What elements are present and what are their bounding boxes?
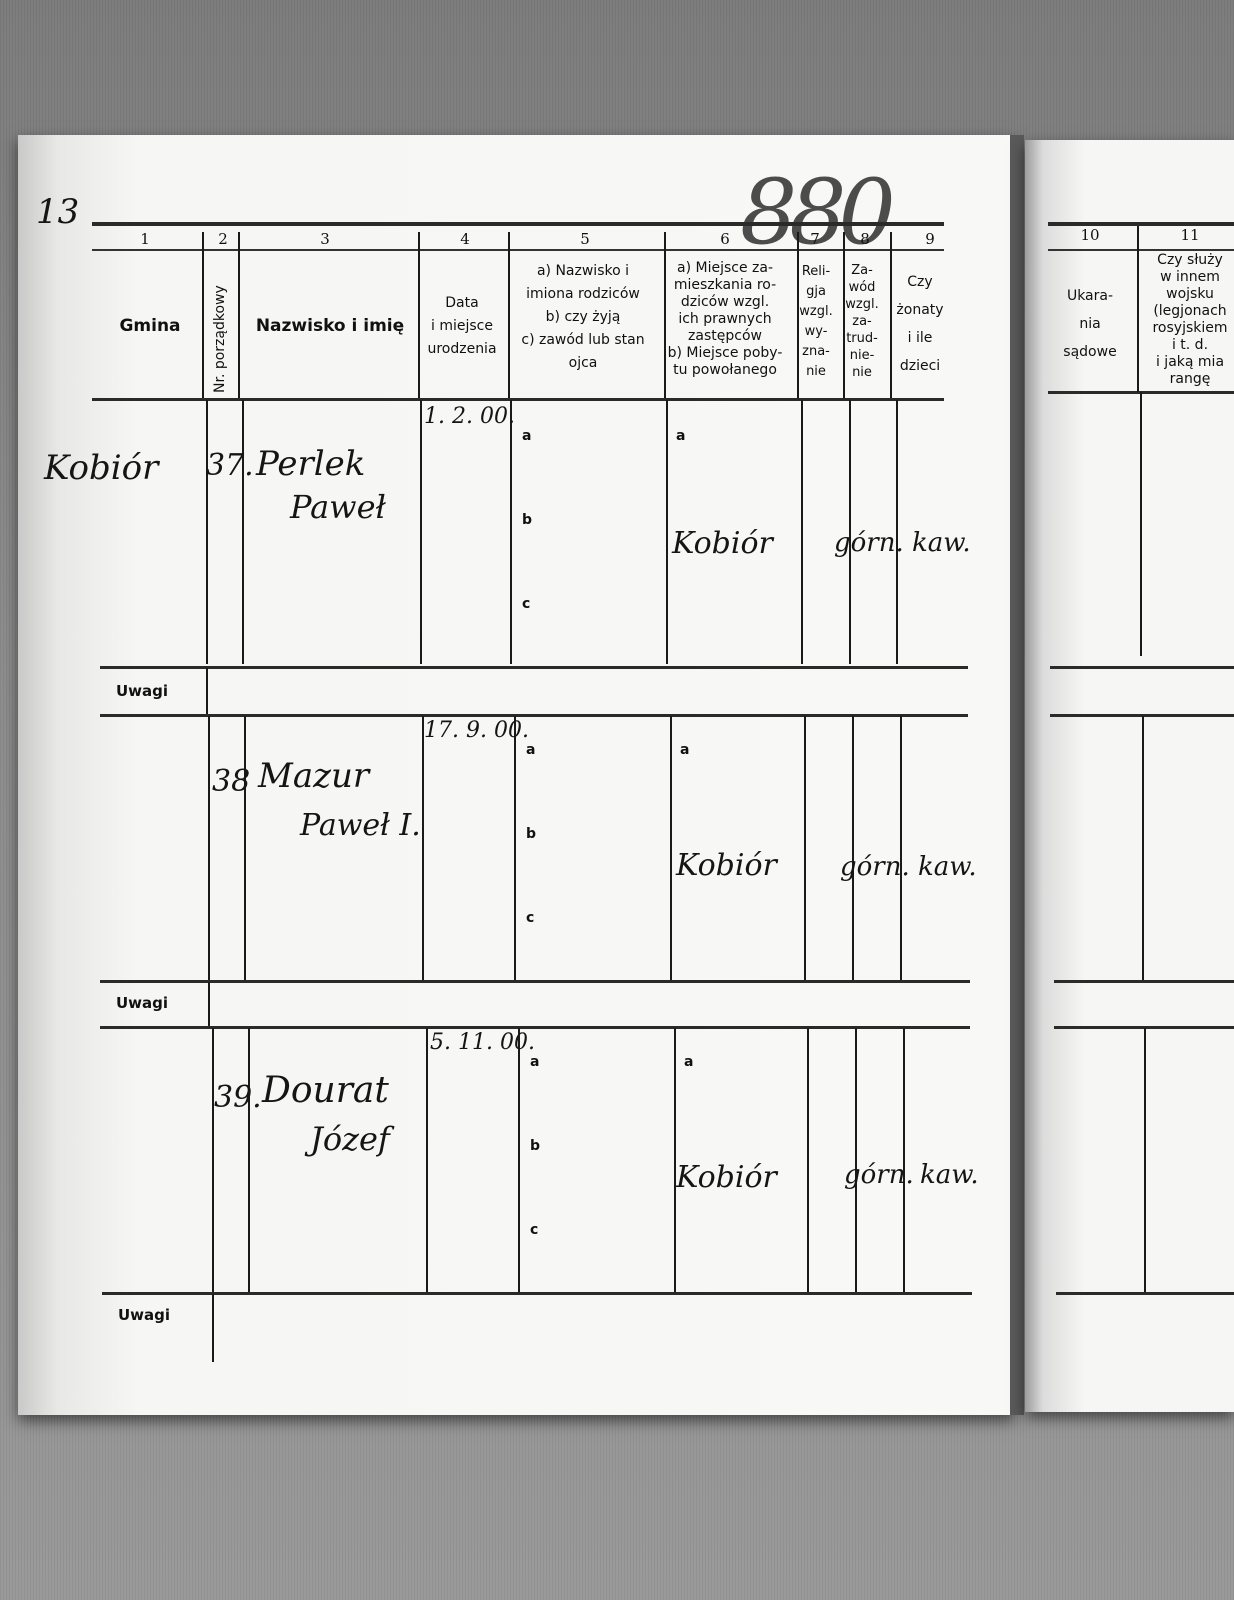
header-line: dziców wzgl. <box>660 294 790 311</box>
divider <box>510 400 512 664</box>
divider <box>664 232 666 398</box>
header-line: za- <box>840 313 884 330</box>
header-line: imiona rodziców <box>508 283 658 306</box>
header-line: b) czy żyją <box>508 306 658 329</box>
header-line: w innem <box>1140 269 1234 286</box>
column-number-1: 1 <box>120 230 170 248</box>
header-line: i t. d. <box>1140 337 1234 354</box>
column-number-rule-right <box>1048 249 1234 251</box>
divider <box>426 1028 428 1292</box>
occupation-value: górn. <box>834 528 904 558</box>
header-line: zastępców <box>660 328 790 345</box>
header-line: żonaty <box>888 296 952 324</box>
sub-label-a: a <box>522 428 531 444</box>
header-line: c) zawód lub stan <box>508 329 658 352</box>
header-zonaty: Czy żonaty i ile dzieci <box>888 268 952 380</box>
given-name-value: Paweł I. <box>300 808 421 843</box>
gmina-value: Kobiór <box>44 448 158 488</box>
column-number-10: 10 <box>1070 226 1110 244</box>
header-line: sądowe <box>1050 338 1130 366</box>
row-rule <box>100 714 968 717</box>
sub-label-c: c <box>522 596 530 612</box>
occupation-value: górn. <box>844 1160 914 1190</box>
divider <box>804 716 806 980</box>
residence-value: Kobiór <box>672 526 773 561</box>
remarks-label: Uwagi <box>116 994 168 1012</box>
header-line: a) Miejsce za- <box>660 260 790 277</box>
header-bottom-rule <box>92 398 944 401</box>
divider <box>238 232 240 398</box>
nr-value: 37. <box>206 448 254 483</box>
header-line: i miejsce <box>418 315 506 338</box>
divider <box>514 716 516 980</box>
given-name-value: Józef <box>310 1120 390 1158</box>
column-number-8: 8 <box>850 230 880 248</box>
header-sluzba-wojskowa: Czy służy w innem wojsku (legjonach rosy… <box>1140 252 1234 388</box>
divider <box>890 232 892 398</box>
nr-value: 39. <box>214 1080 262 1115</box>
divider <box>666 400 668 664</box>
divider <box>801 400 803 664</box>
column-number-6: 6 <box>710 230 740 248</box>
birth-date-value: 1. 2. 00. <box>424 404 515 429</box>
column-number-11: 11 <box>1170 226 1210 244</box>
header-rodzice: a) Nazwisko i imiona rodziców b) czy żyj… <box>508 260 658 375</box>
occupation-value: górn. <box>840 852 910 882</box>
marital-value: kaw. <box>918 852 977 882</box>
divider <box>212 1294 214 1362</box>
header-nazwisko-imie: Nazwisko i imię <box>245 318 415 335</box>
header-line: (legjonach <box>1140 303 1234 320</box>
header-line: Czy służy <box>1140 252 1234 269</box>
row-rule <box>100 666 968 669</box>
column-number-5: 5 <box>560 230 610 248</box>
column-number-7: 7 <box>800 230 830 248</box>
sub-label-a: a <box>680 742 689 758</box>
row-rule <box>102 1292 972 1295</box>
header-line: i ile <box>888 324 952 352</box>
header-line: wzgl. <box>794 302 838 322</box>
sub-label-a: a <box>684 1054 693 1070</box>
sub-label-a: a <box>530 1054 539 1070</box>
header-line: nia <box>1050 310 1130 338</box>
header-line: mieszkania ro- <box>660 277 790 294</box>
column-number-2: 2 <box>208 230 238 248</box>
sub-label-c: c <box>526 910 534 926</box>
row-rule <box>1056 1292 1234 1295</box>
divider <box>208 716 210 980</box>
surname-value: Dourat <box>262 1070 389 1111</box>
header-line: trud- <box>840 330 884 347</box>
remarks-label: Uwagi <box>118 1306 170 1324</box>
sub-label-a: a <box>676 428 685 444</box>
divider <box>1137 226 1139 392</box>
header-line: Za- <box>840 262 884 279</box>
divider <box>1140 392 1142 656</box>
header-top-rule <box>92 222 944 226</box>
header-line: rangę <box>1140 371 1234 388</box>
header-line: wzgl. <box>840 296 884 313</box>
header-line: ich prawnych <box>660 311 790 328</box>
marital-value: kaw. <box>912 528 971 558</box>
column-number-4: 4 <box>440 230 490 248</box>
divider <box>244 716 246 980</box>
header-miejsce-zamieszkania: a) Miejsce za- mieszkania ro- dziców wzg… <box>660 260 790 379</box>
divider <box>852 716 854 980</box>
divider <box>843 232 845 398</box>
divider <box>797 232 799 398</box>
header-nr-porzadkowy: Nr. porządkowy <box>212 258 228 393</box>
nr-value: 38 <box>212 764 250 799</box>
sub-label-a: a <box>526 742 535 758</box>
header-line: wojsku <box>1140 286 1234 303</box>
column-number-rule <box>92 249 944 251</box>
divider <box>248 1028 250 1292</box>
divider <box>900 716 902 980</box>
header-line: rosyjskiem <box>1140 320 1234 337</box>
birth-date-value: 17. 9. 00. <box>424 718 529 743</box>
divider <box>418 232 420 398</box>
header-line: nie- <box>840 347 884 364</box>
sub-label-c: c <box>530 1222 538 1238</box>
header-line: i jaką mia <box>1140 354 1234 371</box>
header-line: zna- <box>794 342 838 362</box>
divider <box>242 400 244 664</box>
page-number: 13 <box>36 192 79 232</box>
header-line: b) Miejsce poby- <box>660 345 790 362</box>
header-line: gja <box>794 282 838 302</box>
marital-value: kaw. <box>920 1160 979 1190</box>
header-data-urodzenia: Data i miejsce urodzenia <box>418 292 506 361</box>
surname-value: Perlek <box>256 444 365 484</box>
divider <box>508 232 510 398</box>
header-line: tu powołanego <box>660 362 790 379</box>
header-gmina: Gmina <box>110 318 190 335</box>
column-number-3: 3 <box>300 230 350 248</box>
divider <box>208 982 210 1026</box>
header-religja: Reli- gja wzgl. wy- zna- nie <box>794 262 838 382</box>
residence-value: Kobiór <box>676 1160 777 1195</box>
divider <box>1142 716 1144 980</box>
header-line: ojca <box>508 352 658 375</box>
divider <box>422 716 424 980</box>
header-zawod: Za- wód wzgl. za- trud- nie- nie <box>840 262 884 381</box>
book-gutter <box>1010 135 1024 1415</box>
residence-value: Kobiór <box>676 848 777 883</box>
row-rule <box>100 980 970 983</box>
surname-value: Mazur <box>258 756 369 796</box>
divider <box>518 1028 520 1292</box>
header-line: urodzenia <box>418 338 506 361</box>
birth-date-value: 5. 11. 00. <box>430 1030 535 1055</box>
header-line: wy- <box>794 322 838 342</box>
divider <box>420 400 422 664</box>
sub-label-b: b <box>526 826 536 842</box>
header-line: Ukara- <box>1050 282 1130 310</box>
header-line: wód <box>840 279 884 296</box>
row-rule <box>100 1026 970 1029</box>
header-line: dzieci <box>888 352 952 380</box>
given-name-value: Paweł <box>290 488 386 526</box>
header-line: Reli- <box>794 262 838 282</box>
divider <box>807 1028 809 1292</box>
row-rule <box>1054 980 1234 983</box>
divider <box>202 232 204 398</box>
header-line: nie <box>794 362 838 382</box>
row-rule <box>1050 666 1234 669</box>
divider <box>206 400 208 664</box>
header-line: Czy <box>888 268 952 296</box>
sub-label-b: b <box>522 512 532 528</box>
header-ukarania: Ukara- nia sądowe <box>1050 282 1130 366</box>
header-line: a) Nazwisko i <box>508 260 658 283</box>
divider <box>1144 1028 1146 1292</box>
remarks-label: Uwagi <box>116 682 168 700</box>
header-line: Data <box>418 292 506 315</box>
divider <box>670 716 672 980</box>
divider <box>206 668 208 714</box>
header-line: nie <box>840 364 884 381</box>
sub-label-b: b <box>530 1138 540 1154</box>
divider <box>212 1028 214 1292</box>
column-number-9: 9 <box>915 230 945 248</box>
